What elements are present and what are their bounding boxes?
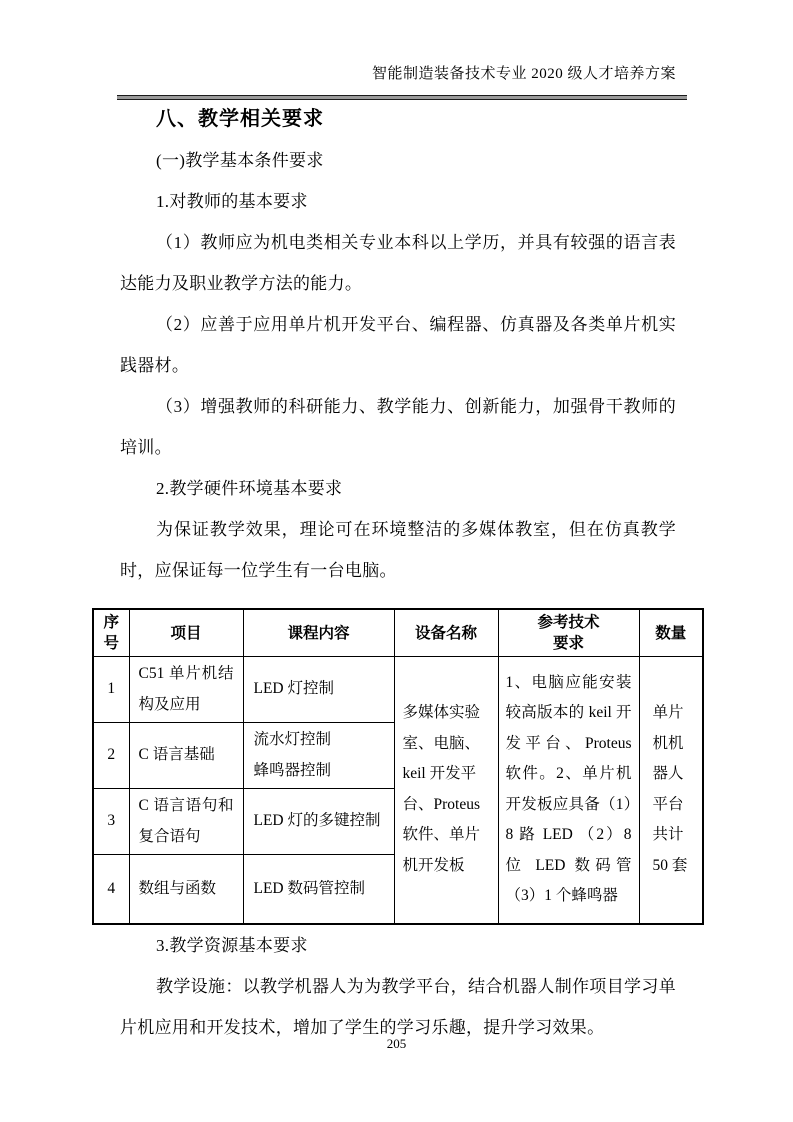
cell-row4-project: 数组与函数 xyxy=(129,855,243,924)
cell-equipment-name: 多媒体实验室、电脑、keil 开发平台、Proteus 软件、单片机开发板 xyxy=(394,657,498,924)
paragraph-teacher-req-2: （2）应善于应用单片机开发平台、编程器、仿真器及各类单片机实践器材。 xyxy=(120,304,676,386)
paragraph-item-1: 1.对教师的基本要求 xyxy=(120,181,676,222)
cell-row3-project: C 语言语句和复合语句 xyxy=(129,789,243,855)
paragraph-item-3: 3.教学资源基本要求 xyxy=(120,925,676,966)
table-row: 1 C51 单片机结构及应用 LED 灯控制 多媒体实验室、电脑、keil 开发… xyxy=(93,657,703,723)
cell-row2-no: 2 xyxy=(93,723,129,789)
document-body: 八、教学相关要求 (一)教学基本条件要求 1.对教师的基本要求 （1）教师应为机… xyxy=(120,99,676,1048)
cell-row2-course-content: 流水灯控制 蜂鸣器控制 xyxy=(243,723,394,789)
paragraph-teacher-req-3: （3）增强教师的科研能力、教学能力、创新能力，加强骨干教师的培训。 xyxy=(120,386,676,468)
cell-row4-course-content: LED 数码管控制 xyxy=(243,855,394,924)
header-cell-quantity: 数量 xyxy=(639,609,703,657)
cell-tech-requirements: 1、电脑应能安装较高版本的 keil 开发平台、Proteus 软件。2、单片机… xyxy=(498,657,639,924)
cell-row2-project: C 语言基础 xyxy=(129,723,243,789)
header-cell-no: 序号 xyxy=(93,609,129,657)
paragraph-subsection-1: (一)教学基本条件要求 xyxy=(120,140,676,181)
cell-row1-course-content: LED 灯控制 xyxy=(243,657,394,723)
header-cell-course-content: 课程内容 xyxy=(243,609,394,657)
table-header-row: 序号 项目 课程内容 设备名称 参考技术 要求 数量 xyxy=(93,609,703,657)
equipment-requirements-table: 序号 项目 课程内容 设备名称 参考技术 要求 数量 1 C51 单片机结构及应… xyxy=(92,608,704,925)
cell-row3-course-content: LED 灯的多键控制 xyxy=(243,789,394,855)
cell-row1-project: C51 单片机结构及应用 xyxy=(129,657,243,723)
paragraph-item-2: 2.教学硬件环境基本要求 xyxy=(120,468,676,509)
header-cell-tech-req: 参考技术 要求 xyxy=(498,609,639,657)
header-cell-project: 项目 xyxy=(129,609,243,657)
page-header-title: 智能制造装备技术专业 2020 级人才培养方案 xyxy=(120,62,676,83)
cell-row3-no: 3 xyxy=(93,789,129,855)
cell-row4-no: 4 xyxy=(93,855,129,924)
section-heading: 八、教学相关要求 xyxy=(120,99,676,140)
footer-page-number: 205 xyxy=(0,1036,793,1052)
paragraph-hardware-env: 为保证教学效果，理论可在环境整洁的多媒体教室，但在仿真教学时，应保证每一位学生有… xyxy=(120,509,676,591)
document-page: 智能制造装备技术专业 2020 级人才培养方案 八、教学相关要求 (一)教学基本… xyxy=(0,0,793,1122)
cell-row1-no: 1 xyxy=(93,657,129,723)
cell-quantity: 单片机机器人平台共计 50 套 xyxy=(639,657,703,924)
paragraph-teacher-req-1: （1）教师应为机电类相关专业本科以上学历，并具有较强的语言表达能力及职业教学方法… xyxy=(120,222,676,304)
header-cell-equipment: 设备名称 xyxy=(394,609,498,657)
